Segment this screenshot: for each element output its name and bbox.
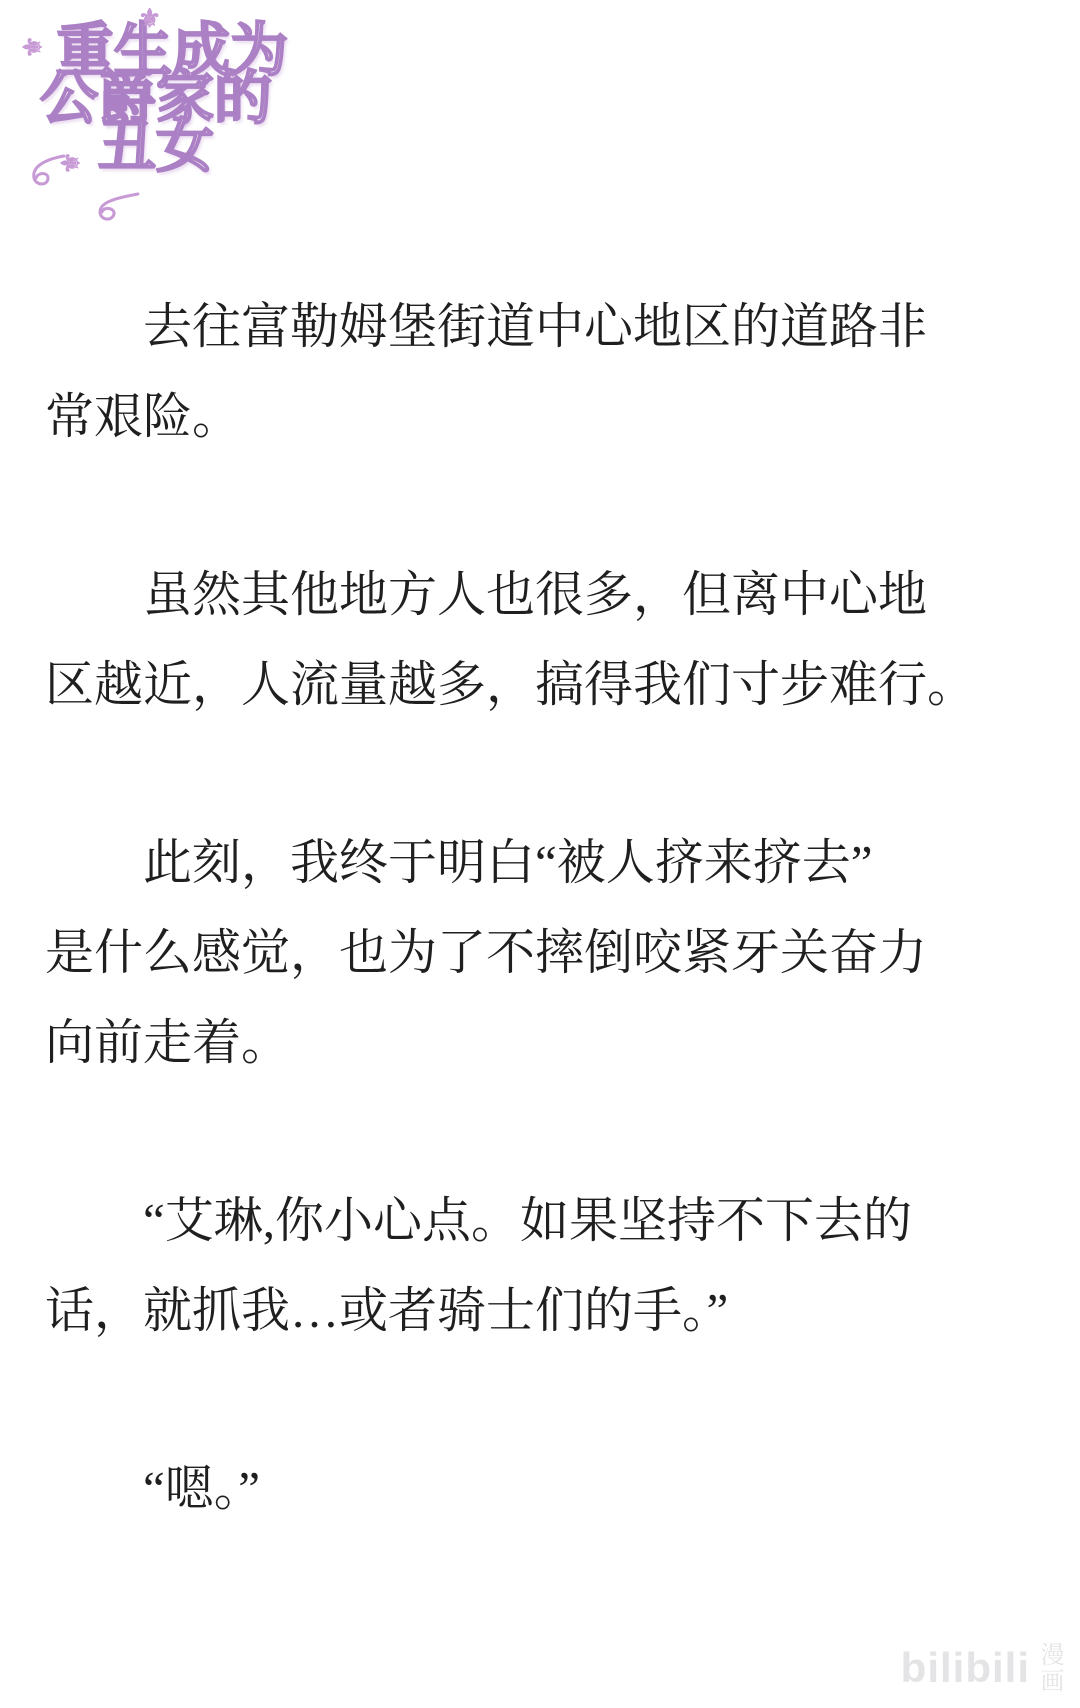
novel-body-text: 去往富勒姆堡街道中心地区的道路非 常艰险。 虽然其他地方人也很多，但离中心地 区… xyxy=(45,282,1035,1622)
bilibili-manga-watermark: bilibili 漫画 xyxy=(901,1642,1062,1694)
text-line: 是什么感觉，也为了不摔倒咬紧牙关奋力 xyxy=(45,908,1035,998)
manga-label: 漫画 xyxy=(1036,1642,1062,1694)
text-line: 区越近，人流量越多，搞得我们寸步难行。 xyxy=(45,640,1035,730)
paragraph-4-dialogue: “艾琳,你小心点。如果坚持不下去的 话，就抓我…或者骑士们的手。” xyxy=(45,1176,1035,1356)
bilibili-logo: bilibili xyxy=(901,1644,1030,1692)
text-line: 向前走着。 xyxy=(45,998,1035,1088)
paragraph-1: 去往富勒姆堡街道中心地区的道路非 常艰险。 xyxy=(45,282,1035,462)
swirl-flourish-icon xyxy=(96,190,140,228)
text-line: 去往富勒姆堡街道中心地区的道路非 xyxy=(45,282,1035,372)
text-line: 虽然其他地方人也很多，但离中心地 xyxy=(45,550,1035,640)
series-title-logo: ⚜ ⚜ ⚜ 重生成为 公爵家的 丑女 xyxy=(30,22,260,222)
paragraph-5-dialogue: “嗯。” xyxy=(45,1444,1035,1534)
fleur-de-lis-left-icon: ⚜ xyxy=(21,35,47,58)
text-line: “艾琳,你小心点。如果坚持不下去的 xyxy=(45,1176,1035,1266)
text-line: 此刻，我终于明白“被人挤来挤去” xyxy=(45,818,1035,908)
novel-text-page: ⚜ ⚜ ⚜ 重生成为 公爵家的 丑女 去往富勒姆堡街道中心地区的道路非 常艰险。… xyxy=(0,0,1080,1708)
text-line: 话，就抓我…或者骑士们的手。” xyxy=(45,1266,1035,1356)
fleur-de-lis-top-icon: ⚜ xyxy=(138,6,161,32)
paragraph-2: 虽然其他地方人也很多，但离中心地 区越近，人流量越多，搞得我们寸步难行。 xyxy=(45,550,1035,730)
paragraph-3: 此刻，我终于明白“被人挤来挤去” 是什么感觉，也为了不摔倒咬紧牙关奋力 向前走着… xyxy=(45,818,1035,1088)
text-line: “嗯。” xyxy=(45,1444,1035,1534)
swirl-flourish-icon xyxy=(28,150,68,194)
text-line: 常艰险。 xyxy=(45,372,1035,462)
